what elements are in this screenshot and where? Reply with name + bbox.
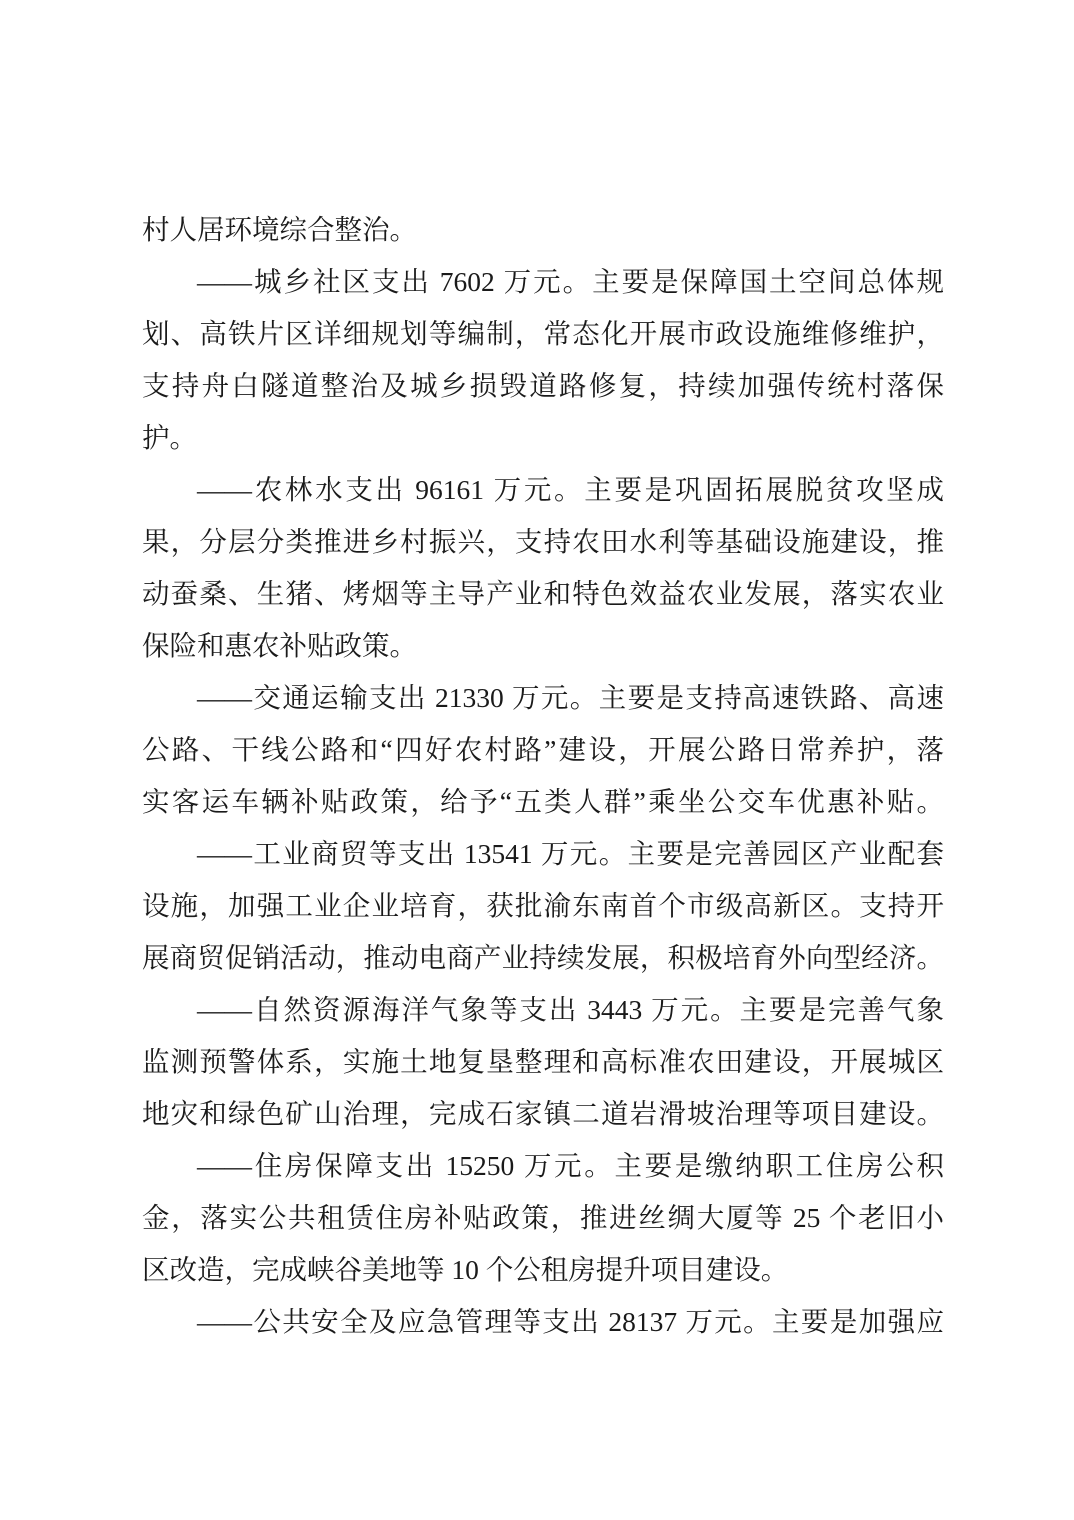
paragraph: 村人居环境综合整治。 — [142, 204, 944, 256]
paragraph: ——公共安全及应急管理等支出 28137 万元。主要是加强应 — [142, 1296, 944, 1348]
paragraph: ——交通运输支出 21330 万元。主要是支持高速铁路、高速公路、干线公路和“四… — [142, 672, 944, 828]
paragraph: ——工业商贸等支出 13541 万元。主要是完善园区产业配套设施，加强工业企业培… — [142, 828, 944, 984]
text-line: 区改造，完成峡谷美地等 10 个公租房提升项目建设。 — [142, 1244, 944, 1296]
text-line: 村人居环境综合整治。 — [142, 204, 944, 256]
text-line: 展商贸促销活动，推动电商产业持续发展，积极培育外向型经济。 — [142, 932, 944, 984]
text-line: 实客运车辆补贴政策，给予“五类人群”乘坐公交车优惠补贴。 — [142, 776, 944, 828]
document-body: 村人居环境综合整治。——城乡社区支出 7602 万元。主要是保障国土空间总体规划… — [142, 204, 944, 1348]
text-line: 划、高铁片区详细规划等编制，常态化开展市政设施维修维护， — [142, 308, 944, 360]
paragraph: ——农林水支出 96161 万元。主要是巩固拓展脱贫攻坚成果，分层分类推进乡村振… — [142, 464, 944, 672]
text-line: ——住房保障支出 15250 万元。主要是缴纳职工住房公积 — [142, 1140, 944, 1192]
text-line: 地灾和绿色矿山治理，完成石家镇二道岩滑坡治理等项目建设。 — [142, 1088, 944, 1140]
text-line: 支持舟白隧道整治及城乡损毁道路修复，持续加强传统村落保 — [142, 360, 944, 412]
text-line: 监测预警体系，实施土地复垦整理和高标准农田建设，开展城区 — [142, 1036, 944, 1088]
text-line: 动蚕桑、生猪、烤烟等主导产业和特色效益农业发展，落实农业 — [142, 568, 944, 620]
text-line: 公路、干线公路和“四好农村路”建设，开展公路日常养护，落 — [142, 724, 944, 776]
paragraph: ——自然资源海洋气象等支出 3443 万元。主要是完善气象监测预警体系，实施土地… — [142, 984, 944, 1140]
text-line: 护。 — [142, 412, 944, 464]
text-line: ——城乡社区支出 7602 万元。主要是保障国土空间总体规 — [142, 256, 944, 308]
text-line: 保险和惠农补贴政策。 — [142, 620, 944, 672]
text-line: 金，落实公共租赁住房补贴政策，推进丝绸大厦等 25 个老旧小 — [142, 1192, 944, 1244]
text-line: 设施，加强工业企业培育，获批渝东南首个市级高新区。支持开 — [142, 880, 944, 932]
text-line: ——交通运输支出 21330 万元。主要是支持高速铁路、高速 — [142, 672, 944, 724]
text-line: ——工业商贸等支出 13541 万元。主要是完善园区产业配套 — [142, 828, 944, 880]
paragraph: ——住房保障支出 15250 万元。主要是缴纳职工住房公积金，落实公共租赁住房补… — [142, 1140, 944, 1296]
document-page: 村人居环境综合整治。——城乡社区支出 7602 万元。主要是保障国土空间总体规划… — [0, 0, 1074, 1520]
text-line: 果，分层分类推进乡村振兴，支持农田水利等基础设施建设，推 — [142, 516, 944, 568]
text-line: ——公共安全及应急管理等支出 28137 万元。主要是加强应 — [142, 1296, 944, 1348]
text-line: ——自然资源海洋气象等支出 3443 万元。主要是完善气象 — [142, 984, 944, 1036]
text-line: ——农林水支出 96161 万元。主要是巩固拓展脱贫攻坚成 — [142, 464, 944, 516]
paragraph: ——城乡社区支出 7602 万元。主要是保障国土空间总体规划、高铁片区详细规划等… — [142, 256, 944, 464]
